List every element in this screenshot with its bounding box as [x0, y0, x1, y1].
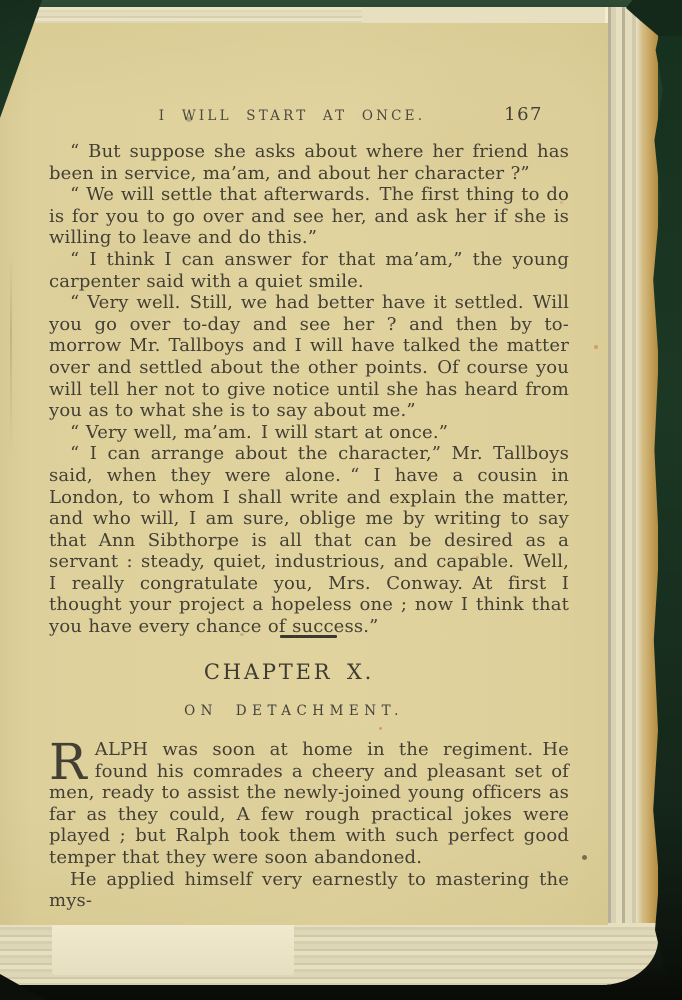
- drop-cap: R: [49, 742, 87, 782]
- body-paragraph: “ I can arrange about the character,” Mr…: [49, 443, 569, 637]
- page-number: 167: [504, 104, 543, 125]
- body-paragraph: “ I think I can answer for that ma’am,” …: [49, 249, 569, 292]
- deckle-edge: [636, 7, 658, 985]
- scanned-book-photo: I WILL START AT ONCE. 167 “ But suppose …: [0, 0, 682, 1000]
- section-divider-rule: [280, 635, 337, 638]
- chapter-start-text: RALPH was soon at home in the regiment. …: [49, 739, 569, 912]
- opening-paragraph: RALPH was soon at home in the regiment. …: [49, 739, 569, 869]
- chapter-end-text: “ But suppose she asks about where her f…: [49, 141, 569, 638]
- body-paragraph: “ But suppose she asks about where her f…: [49, 141, 569, 184]
- body-paragraph: He applied himself very earnestly to mas…: [49, 869, 569, 912]
- page-crease: [10, 255, 12, 455]
- book-page-stack: I WILL START AT ONCE. 167 “ But suppose …: [0, 7, 658, 985]
- running-header: I WILL START AT ONCE. 167: [49, 108, 569, 132]
- paper-speck: [594, 345, 598, 349]
- book-page: I WILL START AT ONCE. 167 “ But suppose …: [0, 23, 608, 925]
- page-edges-bottom-highlight: [52, 923, 294, 975]
- chapter-title: CHAPTER X.: [29, 660, 549, 684]
- body-paragraph: “ Very well, ma’am. I will start at once…: [49, 422, 569, 444]
- text-column: I WILL START AT ONCE. 167 “ But suppose …: [49, 23, 569, 925]
- body-paragraph: “ We will settle that afterwards. The fi…: [49, 184, 569, 249]
- chapter-subtitle: ON DETACHMENT.: [34, 703, 554, 719]
- running-title: I WILL START AT ONCE.: [32, 108, 552, 124]
- paper-speck: [582, 855, 587, 860]
- opening-paragraph-text: ALPH was soon at home in the regiment. H…: [49, 739, 569, 868]
- body-paragraph: “ Very well. Still, we had better have i…: [49, 292, 569, 422]
